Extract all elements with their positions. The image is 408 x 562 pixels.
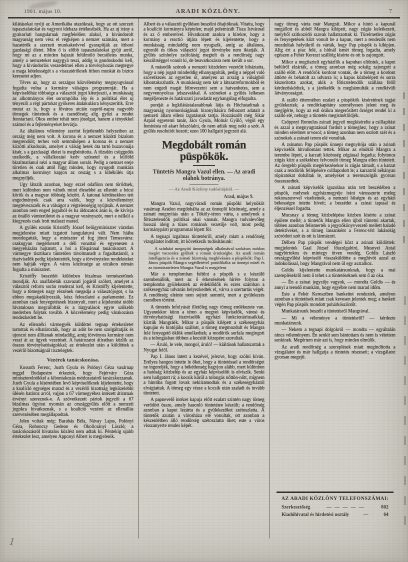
dialogue-paragraph: — Nekem a tegnapi dolgokról — mondta — e… [275, 328, 396, 344]
body-paragraph: Albert és a választói gyűlésen beszélni … [144, 22, 265, 64]
body-paragraph: Kristóffy beszédét különben bizalmas ter… [13, 274, 134, 321]
body-paragraph: Mucsnay a tömeg közbelépése közben kísér… [275, 213, 396, 239]
dialogue-paragraph: — Mi a véleménye a tüntetésről? — kérdez… [275, 316, 396, 326]
phone-box: AZ ARADI KÖZLÖNY TELEFONSZÁMAI: Szerkesz… [275, 492, 396, 539]
body-paragraph: A gyülés ezután Kristóffy József belügym… [13, 226, 134, 273]
phone-box-rule [277, 492, 394, 494]
phone-box-title: AZ ARADI KÖZLÖNY TELEFONSZÁMAI: [275, 496, 396, 502]
phone-dashes: — — — — — [310, 505, 381, 511]
phone-label: Kiadóhivatal és hirdetési osztály [282, 512, 350, 518]
petit-paragraph: A színházi megnyitó ünnepségek alkalmáva… [149, 246, 265, 270]
body-paragraph: Jelen voltak még: Barabás Béla, Návay La… [13, 419, 134, 440]
phone-number: 64 [384, 512, 389, 518]
body-paragraph: Ugy látszik azonban, hogy ezzel odafönn … [13, 183, 134, 225]
column-left: kilátásokat nyújt az Amerikába utazóknak… [8, 19, 138, 539]
dialogue-paragraph: — Áruló, le vele, mongol, áruló! — kiált… [144, 343, 265, 353]
body-paragraph: A szálló éttermében ezalatt a püspökök k… [275, 98, 396, 119]
masthead-title: ARADI KÖZLÖNY. [142, 8, 274, 16]
body-paragraph: Este a Fehér Keresztben bankettet rendez… [275, 292, 396, 308]
body-paragraph: Munkatársunk beszélt a tüntetésről Mangr… [275, 309, 396, 314]
body-paragraph: Goldis kijelentette munkatársunknak, hog… [275, 268, 396, 278]
body-paragraph: Téves az, hogy az országos közvélemény m… [13, 81, 134, 128]
body-paragraph: nagy tömeg várta már Mangrát. Mikor a hi… [275, 22, 396, 58]
newspaper-page: 1901. május 10. ARADI KÖZLÖNY. 7 kilátás… [0, 0, 408, 562]
body-paragraph: Pap I. János intett a kezével, jelezve, … [144, 355, 265, 397]
body-paragraph: Kossuth Ferenc, Justh Gyula és Polónyi G… [13, 366, 134, 418]
body-paragraph: Már a templomban feltűnt a püspök s a ké… [144, 272, 265, 303]
body-paragraph: Az általános vélemény szerint fejetleneb… [13, 129, 134, 181]
body-paragraph: Mikor a megtisztelt egyházfők a kapuban … [275, 60, 396, 96]
body-paragraph: Az ellenzéki vármegyék küldöttei tegnap … [13, 322, 134, 353]
page-content: 1901. május 10. ARADI KÖZLÖNY. 7 kilátás… [0, 0, 408, 562]
article-header: Megdobált román püspökök. Tüntetés Mangr… [144, 139, 265, 192]
body-paragraph: A zsinaton Pap püspök ünnepi megnyitója … [275, 142, 396, 184]
body-paragraph: pontját a legkilátástalanabbnak látja és… [144, 103, 265, 134]
column-middle: Albert és a választói gyűlésen beszélni … [138, 19, 269, 539]
body-paragraph: Csöppnyi Romulus zsinati jegyző megkísér… [275, 120, 396, 141]
body-paragraph: A papnevelő intézet kapuja előtt ezalatt… [144, 398, 265, 429]
article-subhead: Tüntetés Mangra Vazul ellen. — Az aradi … [144, 168, 265, 181]
body-paragraph: Az aradi rendőrség a szereplések miatt m… [275, 345, 396, 361]
dialogue-paragraph: — Én a zsinat jegyzője vagyok, — mondta … [275, 280, 396, 290]
article-headline: Megdobált román püspökök. [144, 139, 265, 162]
body-paragraph: A zsinati képviselők igazolása után tett… [275, 186, 396, 212]
body-paragraph: A tegnapi izgalmas tüntetésről, amely mi… [144, 234, 265, 244]
column-right: nagy tömeg várta már Mangrát. Mikor a hi… [269, 19, 400, 539]
phone-dashes: — [349, 512, 383, 518]
phone-row: Kiadóhivatal és hirdetési osztály — 64 [282, 512, 389, 518]
text-columns: kilátásokat nyújt az Amerikába utazóknak… [8, 19, 400, 539]
article-byline: — Az Aradi Közlöny tudósítójától. — [144, 187, 265, 192]
body-paragraph: kilátásokat nyújt az Amerikába utazóknak… [13, 22, 134, 79]
body-paragraph: A második szónok a nemzeti küzdelem veze… [144, 65, 265, 101]
body-paragraph: Mangra Vazul, nagyváradi román püspöki h… [144, 202, 265, 233]
phone-row: Szerkesztőség — — — — — 802 [282, 505, 389, 511]
issue-date: 1901. május 10. [11, 9, 142, 15]
page-number: 7 [274, 9, 397, 15]
subhead-divider [190, 184, 219, 185]
body-paragraph: A tüntetés lefolyását illetőleg nagy töm… [144, 305, 265, 341]
phone-label: Szerkesztőség [282, 505, 311, 511]
page-header: 1901. május 10. ARADI KÖZLÖNY. 7 [11, 8, 397, 16]
body-paragraph: Délben Pap püspök vendégei közt a zsinat… [275, 241, 396, 267]
section-heading: Vezérek tanácskozása. [13, 357, 134, 363]
phone-number: 802 [381, 505, 388, 511]
headline-divider [193, 165, 215, 166]
article-dateline: Arad, május 9. [144, 195, 265, 200]
